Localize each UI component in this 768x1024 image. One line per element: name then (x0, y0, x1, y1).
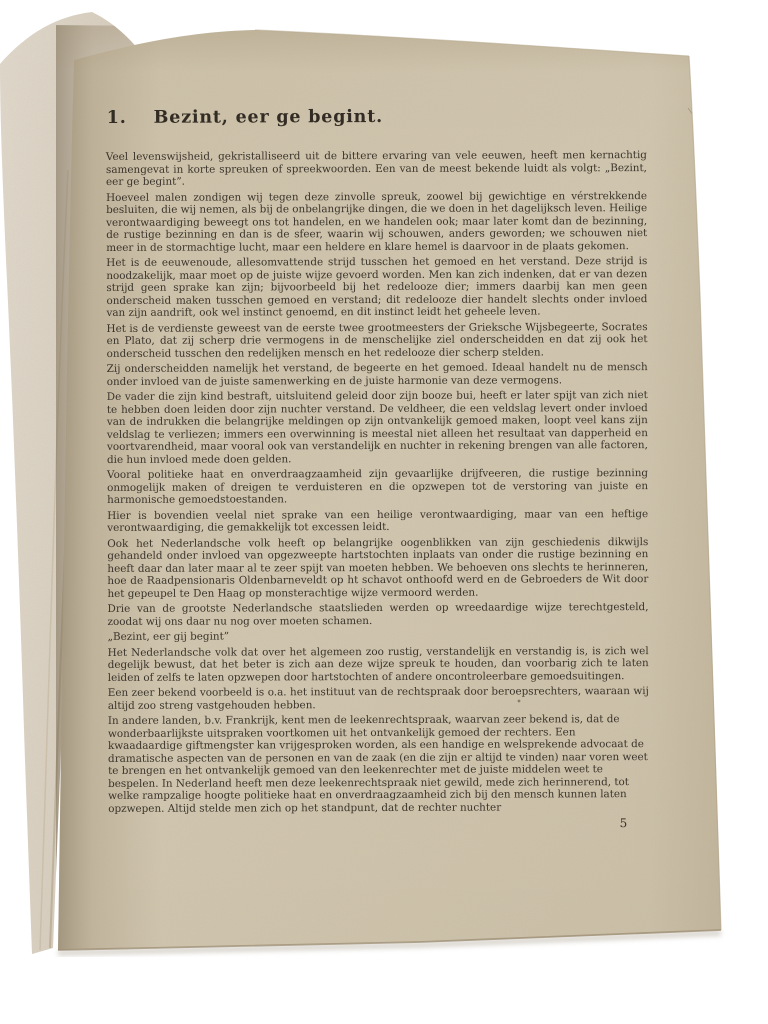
page-number: 5 (108, 816, 649, 832)
paragraph: Het is de eeuwenoude, allesomvattende st… (106, 255, 647, 319)
paragraph: Vooral politieke haat en onverdraagzaamh… (107, 467, 648, 506)
paragraph: Veel levenswijsheid, gekristalliseerd ui… (106, 149, 647, 188)
paragraph: Hoeveel malen zondigen wij tegen deze zi… (106, 190, 647, 254)
paragraph: Het Nederlandsche volk dat over het alge… (108, 645, 649, 684)
body-paragraphs: Veel levenswijsheid, gekristalliseerd ui… (106, 149, 649, 815)
paragraph: In andere landen, b.v. Frankrijk, kent m… (108, 713, 649, 815)
book-photo: 1. Bezint, eer ge begint. Veel levenswij… (0, 0, 768, 1024)
paragraph: „Bezint, eer gij begint” (108, 629, 649, 643)
chapter-number: 1. (107, 108, 127, 128)
paragraph: Het is de verdienste geweest van de eers… (107, 321, 648, 360)
paragraph: Zij onderscheidden namelijk het verstand… (107, 361, 648, 388)
paragraph: Hier is bovendien veelal niet sprake van… (107, 508, 648, 535)
paragraph: De vader die zijn kind bestraft, uitslui… (107, 389, 648, 466)
paragraph: Een zeer bekend voorbeeld is o.a. het in… (108, 685, 649, 712)
chapter-heading: 1. Bezint, eer ge begint. (107, 106, 647, 128)
paragraph: Ook het Nederlandsche volk heeft op bela… (107, 536, 648, 600)
chapter-title: Bezint, eer ge begint. (154, 107, 383, 128)
page-text: 1. Bezint, eer ge begint. Veel levenswij… (106, 96, 650, 832)
paragraph: Drie van de grootste Nederlandsche staat… (107, 601, 648, 628)
